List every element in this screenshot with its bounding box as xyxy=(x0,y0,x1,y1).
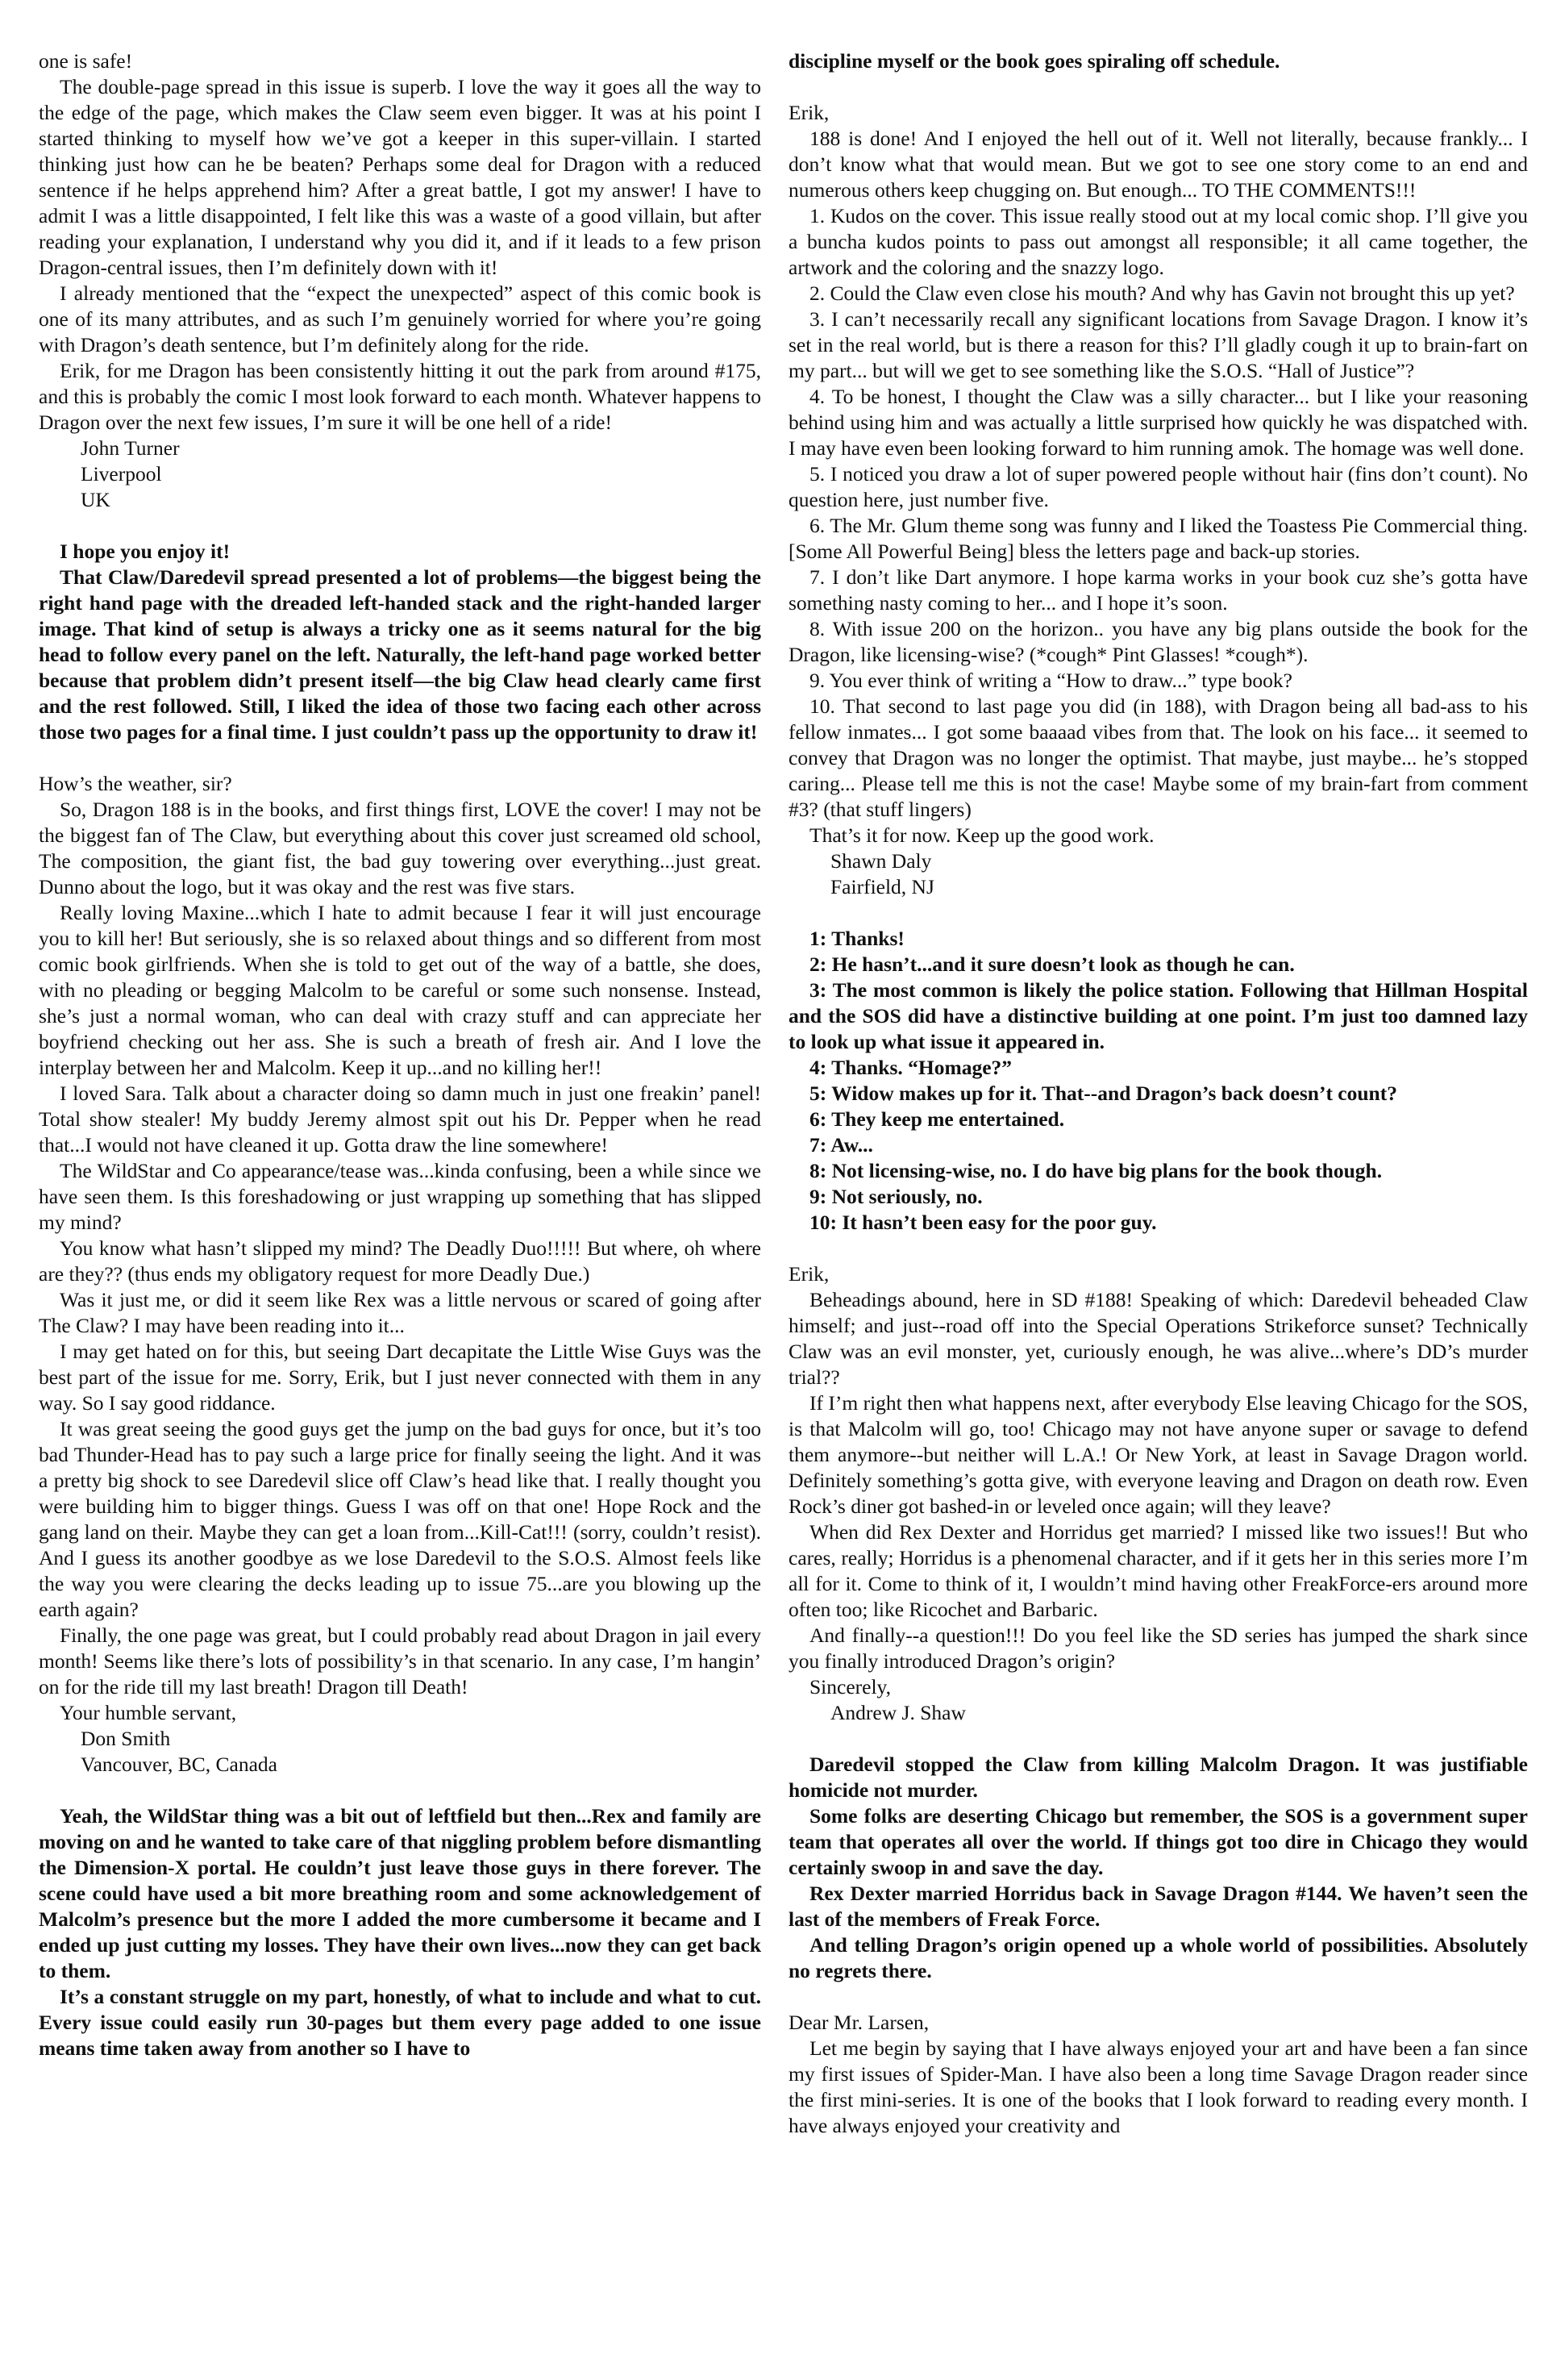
paragraph: When did Rex Dexter and Horridus get mar… xyxy=(789,1519,1528,1623)
paragraph: Erik, xyxy=(789,1261,1528,1287)
paragraph: Let me begin by saying that I have alway… xyxy=(789,2036,1528,2139)
paragraph: It was great seeing the good guys get th… xyxy=(39,1416,761,1623)
paragraph: You know what hasn’t slipped my mind? Th… xyxy=(39,1236,761,1287)
paragraph: 6. The Mr. Glum theme song was funny and… xyxy=(789,513,1528,565)
paragraph: 3. I can’t necessarily recall any signif… xyxy=(789,306,1528,384)
paragraph: 6: They keep me entertained. xyxy=(789,1107,1528,1132)
paragraph: I hope you enjoy it! xyxy=(39,539,761,565)
paragraph: 3: The most common is likely the police … xyxy=(789,977,1528,1055)
paragraph: Finally, the one page was great, but I c… xyxy=(39,1623,761,1700)
paragraph-spacer xyxy=(789,1984,1528,2010)
paragraph: 5. I noticed you draw a lot of super pow… xyxy=(789,461,1528,513)
paragraph: And telling Dragon’s origin opened up a … xyxy=(789,1932,1528,1984)
paragraph: I may get hated on for this, but seeing … xyxy=(39,1339,761,1416)
paragraph: The WildStar and Co appearance/tease was… xyxy=(39,1158,761,1236)
paragraph: one is safe! xyxy=(39,48,761,74)
paragraph: The double-page spread in this issue is … xyxy=(39,74,761,281)
paragraph: How’s the weather, sir? xyxy=(39,771,761,797)
paragraph: That Claw/Daredevil spread presented a l… xyxy=(39,565,761,745)
paragraph: 8. With issue 200 on the horizon.. you h… xyxy=(789,616,1528,668)
paragraph-spacer xyxy=(39,745,761,771)
text-column-left: one is safe!The double-page spread in th… xyxy=(39,48,761,2061)
paragraph: 9. You ever think of writing a “How to d… xyxy=(789,668,1528,694)
paragraph: I already mentioned that the “expect the… xyxy=(39,281,761,358)
paragraph: 2: He hasn’t...and it sure doesn’t look … xyxy=(789,952,1528,977)
paragraph: And finally--a question!!! Do you feel l… xyxy=(789,1623,1528,1674)
text-column-right: discipline myself or the book goes spira… xyxy=(789,48,1528,2139)
paragraph: 4: Thanks. “Homage?” xyxy=(789,1055,1528,1081)
paragraph: Rex Dexter married Horridus back in Sava… xyxy=(789,1881,1528,1932)
paragraph: I loved Sara. Talk about a character doi… xyxy=(39,1081,761,1158)
paragraph: 1. Kudos on the cover. This issue really… xyxy=(789,203,1528,281)
paragraph: 7: Aw... xyxy=(789,1132,1528,1158)
paragraph: Erik, xyxy=(789,100,1528,126)
paragraph: 10: It hasn’t been easy for the poor guy… xyxy=(789,1210,1528,1236)
paragraph: That’s it for now. Keep up the good work… xyxy=(789,823,1528,848)
paragraph: Erik, for me Dragon has been consistentl… xyxy=(39,358,761,436)
paragraph: discipline myself or the book goes spira… xyxy=(789,48,1528,74)
paragraph-spacer xyxy=(789,900,1528,926)
paragraph: Daredevil stopped the Claw from killing … xyxy=(789,1752,1528,1803)
signature-line: Andrew J. Shaw xyxy=(789,1700,1528,1726)
paragraph: 2. Could the Claw even close his mouth? … xyxy=(789,281,1528,306)
signature-line: UK xyxy=(39,487,761,513)
paragraph-spacer xyxy=(39,1778,761,1803)
paragraph: So, Dragon 188 is in the books, and firs… xyxy=(39,797,761,900)
paragraph: 8: Not licensing-wise, no. I do have big… xyxy=(789,1158,1528,1184)
signature-line: Shawn Daly xyxy=(789,848,1528,874)
signature-line: John Turner xyxy=(39,436,761,461)
paragraph: 1: Thanks! xyxy=(789,926,1528,952)
signature-line: Your humble servant, xyxy=(39,1700,761,1726)
signature-line: Sincerely, xyxy=(789,1674,1528,1700)
paragraph: If I’m right then what happens next, aft… xyxy=(789,1390,1528,1519)
signature-line: Don Smith xyxy=(39,1726,761,1752)
letters-page: one is safe!The double-page spread in th… xyxy=(0,0,1548,2380)
paragraph: Yeah, the WildStar thing was a bit out o… xyxy=(39,1803,761,1984)
paragraph: Really loving Maxine...which I hate to a… xyxy=(39,900,761,1081)
paragraph-spacer xyxy=(39,513,761,539)
paragraph-spacer xyxy=(789,1236,1528,1261)
paragraph: 10. That second to last page you did (in… xyxy=(789,694,1528,823)
paragraph: It’s a constant struggle on my part, hon… xyxy=(39,1984,761,2061)
signature-line: Vancouver, BC, Canada xyxy=(39,1752,761,1778)
paragraph: 4. To be honest, I thought the Claw was … xyxy=(789,384,1528,461)
paragraph: Some folks are deserting Chicago but rem… xyxy=(789,1803,1528,1881)
paragraph: 5: Widow makes up for it. That--and Drag… xyxy=(789,1081,1528,1107)
paragraph-spacer xyxy=(789,74,1528,100)
paragraph-spacer xyxy=(789,1726,1528,1752)
paragraph: 7. I don’t like Dart anymore. I hope kar… xyxy=(789,565,1528,616)
paragraph: 9: Not seriously, no. xyxy=(789,1184,1528,1210)
paragraph: 188 is done! And I enjoyed the hell out … xyxy=(789,126,1528,203)
paragraph: Dear Mr. Larsen, xyxy=(789,2010,1528,2036)
signature-line: Fairfield, NJ xyxy=(789,874,1528,900)
paragraph: Was it just me, or did it seem like Rex … xyxy=(39,1287,761,1339)
paragraph: Beheadings abound, here in SD #188! Spea… xyxy=(789,1287,1528,1390)
signature-line: Liverpool xyxy=(39,461,761,487)
